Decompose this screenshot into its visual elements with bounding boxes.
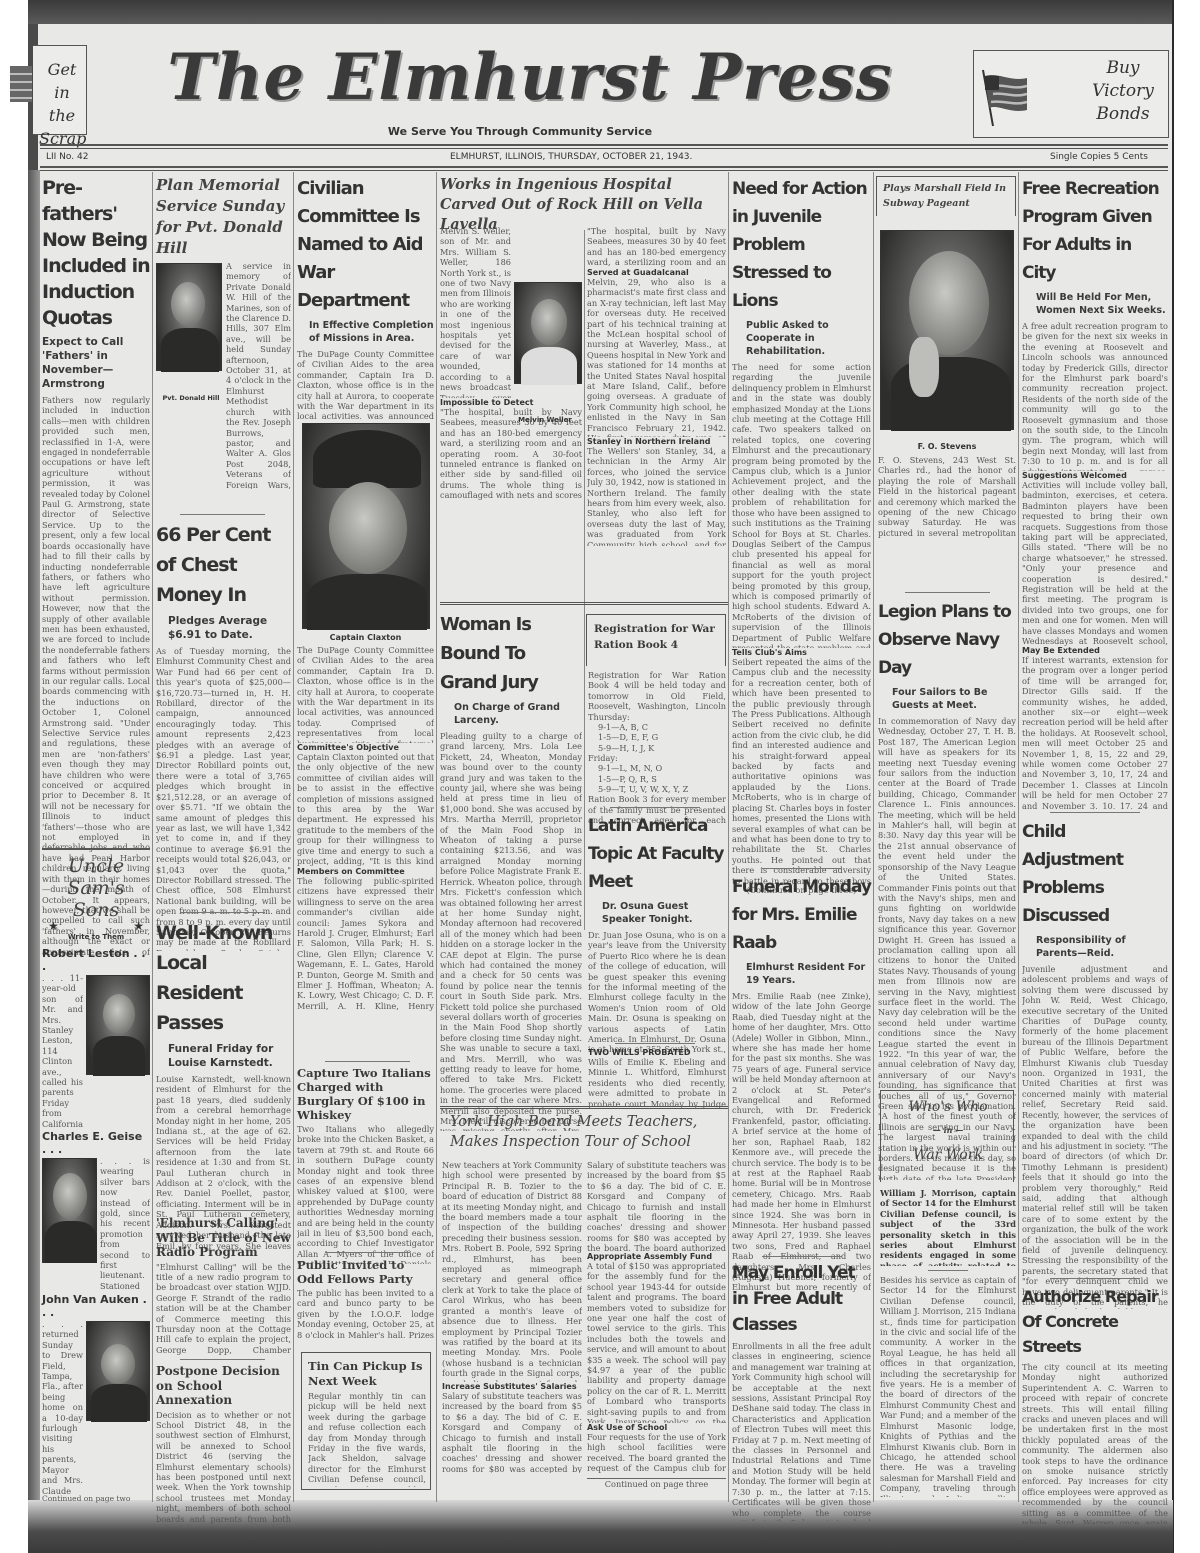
article-body: Regular monthly tin can pickup will be h… xyxy=(308,1391,426,1487)
photo-caption: Captain Claxton xyxy=(297,633,434,642)
headline: Pre-fathers' Now Being Included in Induc… xyxy=(42,175,150,331)
article-juvenile-problem: Need for Action in Juvenile Problem Stre… xyxy=(732,175,871,895)
article-italians-burglary: Capture Two Italians Charged with Burgla… xyxy=(297,1066,434,1264)
subhead: Served at Guadalcanal xyxy=(587,268,726,277)
headline: Latin America Topic At Faculty Meet xyxy=(588,812,726,896)
entry-body: . . . is wearing silver bars now instead… xyxy=(100,1156,150,1291)
entry-name: John Van Auken . . . xyxy=(42,1293,150,1319)
section-rule xyxy=(180,514,265,515)
headline: Uncle Sam's Sons xyxy=(42,855,150,921)
column-rule xyxy=(293,172,294,1502)
article-body: The city council at its meeting Monday n… xyxy=(1022,1362,1168,1524)
article-body: Pleading guilty to a charge of grand lar… xyxy=(440,731,582,1131)
photo-melvin-weller xyxy=(514,282,582,384)
article-body: "Elmhurst Calling" will be the title of … xyxy=(156,1262,291,1356)
article-civilian-committee: Civilian Committee Is Named to Aid War D… xyxy=(297,175,434,1011)
continued-note: Continued on page two xyxy=(42,1494,150,1504)
article-body: The DuPage County Committee of Civilian … xyxy=(297,349,434,419)
masthead-rule xyxy=(40,144,1168,146)
star-icon: ★ xyxy=(133,919,144,933)
subhead: May Be Extended xyxy=(1022,646,1168,655)
article-body-3: A total of $150 was appropriated for the… xyxy=(587,1261,726,1423)
headline: Tin Can Pickup Is Next Week xyxy=(308,1359,430,1389)
headline: Legion Plans to Observe Navy Day xyxy=(878,598,1016,682)
column-rule xyxy=(584,230,585,930)
section-rule xyxy=(440,602,728,605)
article-body: Dr. Juan Jose Osuna, who is on a year's … xyxy=(588,930,726,1055)
article-body: A free adult recreation program to be gi… xyxy=(1022,321,1168,471)
article-body: Juvenile adjustment and adolescent probl… xyxy=(1022,964,1168,1309)
section-rule xyxy=(325,1252,410,1253)
star-row: ★★ xyxy=(42,919,150,933)
headline: Public Invited to Odd Fellows Party xyxy=(297,1258,434,1286)
article-woman-grand-jury: Woman Is Bound To Grand Jury On Charge o… xyxy=(440,610,582,1131)
section-rule xyxy=(325,1061,410,1062)
column-rule xyxy=(1018,172,1019,1502)
masthead-rule xyxy=(40,166,1168,168)
masthead-rule xyxy=(40,170,1168,171)
column-rule xyxy=(152,172,153,1502)
section-rule xyxy=(928,1270,968,1271)
section-rule xyxy=(1050,1278,1140,1279)
schedule-slot: 9-1—L, M, N, O xyxy=(588,763,726,773)
headline: Funeral Monday for Mrs. Emilie Raab xyxy=(732,873,871,957)
section-rule xyxy=(42,848,150,850)
photo-charles-geise xyxy=(42,1158,97,1263)
section-rule xyxy=(1050,812,1140,813)
article-whos-who-morrison: William J. Morrison, captain of Sector 1… xyxy=(880,1188,1016,1497)
photo-caption: F. O. Stevens xyxy=(878,442,1016,451)
subline: Write to Them xyxy=(42,933,150,941)
headline: Postpone Decision on School Annexation xyxy=(156,1364,291,1408)
article-free-recreation: Free Recreation Program Given For Adults… xyxy=(1022,175,1168,809)
article-fathers-induction: Pre-fathers' Now Being Included in Induc… xyxy=(42,175,150,955)
ration-intro: Registration for War Ration Book 4 will … xyxy=(588,670,726,712)
schedule-day: Thursday: xyxy=(588,712,726,722)
deck: Funeral Friday for Louise Karnstedt. xyxy=(168,1042,291,1070)
article-body: The need for some action regarding the j… xyxy=(732,362,871,648)
section-rule xyxy=(762,868,842,869)
article-body-continued: The DuPage County Committee of Civilian … xyxy=(297,645,434,743)
article-body: A service in memory of Private Donald W.… xyxy=(226,261,291,489)
section-rule xyxy=(440,1106,728,1109)
stevens-headline-box: Plays Marshall Field In Subway Pageant xyxy=(876,176,1016,216)
article-body-2-continued: Salary of substitute teachers was increa… xyxy=(587,1160,726,1252)
column-rule xyxy=(873,172,874,1502)
section-rule xyxy=(762,1256,842,1257)
subhead: Committee's Objective xyxy=(297,743,434,752)
article-body-3: If interest warrants, extension for the … xyxy=(1022,655,1168,809)
article-intro: William J. Morrison, captain of Sector 1… xyxy=(880,1188,1016,1266)
deck: Public Asked to Cooperate in Rehabilitat… xyxy=(746,319,871,358)
volume-number: LII No. 42 xyxy=(46,152,88,162)
subhead: Tells Club's Aims xyxy=(732,648,871,657)
photo-caption: Melvin Weller xyxy=(510,416,580,424)
headline: Civilian Committee Is Named to Aid War D… xyxy=(297,175,434,315)
subhead: Stanley in Northern Ireland xyxy=(587,437,726,446)
subhead: Members on Committee xyxy=(297,867,434,876)
article-body-2: Captain Claxton pointed out that the onl… xyxy=(297,752,434,867)
article-body: Mrs. Emilie Raab (nee Zinke), widow of t… xyxy=(732,991,871,1294)
headline: Authorize Repair Of Concrete Streets xyxy=(1022,1284,1168,1359)
whos-who-box: Who's Who — in — War Work xyxy=(880,1090,1014,1182)
column-rule xyxy=(728,172,729,1502)
right-ear-text: Buy Victory Bonds xyxy=(1082,57,1164,126)
article-body-4: Four requests for the use of York high s… xyxy=(587,1432,726,1474)
article-odd-fellows: Public Invited to Odd Fellows Party The … xyxy=(297,1258,434,1340)
left-ear-text: Get in the Scrap xyxy=(39,58,85,150)
entry-name: Robert Leston . . . xyxy=(42,947,150,973)
entry-body: . . . returned Sunday to Drew Field, Tam… xyxy=(42,1319,83,1494)
section-rule xyxy=(180,1210,265,1211)
deck: Pledges Average $6.91 to Date. xyxy=(168,614,291,642)
deck: On Charge of Grand Larceny. xyxy=(454,701,582,727)
ration-box-header: Registration for War Ration Book 4 xyxy=(586,614,726,666)
article-body-3: Melvin, 29, who also is a pharmacist's m… xyxy=(587,277,726,437)
article-emilie-raab-funeral: Funeral Monday for Mrs. Emilie Raab Elmh… xyxy=(732,873,871,1294)
headline: TWO WILLS PROBATED xyxy=(588,1048,726,1057)
headline: Need for Action in Juvenile Problem Stre… xyxy=(732,175,871,315)
article-body: As of Tuesday morning, the Elmhurst Comm… xyxy=(156,646,291,951)
deck: Will Be Held For Men, Women Next Six Wee… xyxy=(1036,291,1168,317)
deck: Elmhurst Resident For 19 Years. xyxy=(746,961,871,987)
article-latin-america: Latin America Topic At Faculty Meet Dr. … xyxy=(588,812,726,1055)
star-icon: ★ xyxy=(48,919,59,933)
article-body: The public has been invited to a card an… xyxy=(297,1288,434,1340)
column-rule xyxy=(436,172,437,1502)
article-body: Wills of Emilie K. Ebeling and Minnie L.… xyxy=(588,1057,726,1109)
uncle-sams-sons-column: Uncle Sam's Sons ★★ Write to Them Robert… xyxy=(42,855,150,1504)
deck: Responsibility of Parents—Reid. xyxy=(1036,934,1168,960)
article-body-4: The Wellers' son Stanley, 34, a technici… xyxy=(587,446,726,546)
american-flag-icon xyxy=(10,60,32,120)
headline-top: Who's Who xyxy=(881,1099,1015,1115)
article-body-2: Seibert repeated the aims of the Campus … xyxy=(732,657,871,885)
headline: Plan Memorial Service Sunday for Pvt. Do… xyxy=(156,175,291,259)
article-body-2: Activities will include volley ball, bad… xyxy=(1022,480,1168,646)
article-york-high-board: York High Board Meets Teachers, Makes In… xyxy=(450,1112,726,1152)
headline: Well-Known Local Resident Passes xyxy=(156,918,291,1038)
schedule-day: Friday: xyxy=(588,753,726,763)
article-body: Enrollments in all the free adult classe… xyxy=(732,1341,871,1521)
headline: Registration for War Ration Book 4 xyxy=(594,621,722,653)
section-rule xyxy=(615,1043,695,1044)
subhead: Impossible to Detect xyxy=(440,398,582,407)
article-body-2-continued: "The hospital, built by Navy Seabees, me… xyxy=(587,226,726,268)
article-chest-money: 66 Per Cent of Chest Money In Pledges Av… xyxy=(156,520,291,951)
article-adult-classes: May Enroll Yet in Free Adult Classes Enr… xyxy=(732,1260,871,1521)
photo-fo-stevens xyxy=(880,230,1014,430)
hospital-column-2: "The hospital, built by Navy Seabees, me… xyxy=(587,226,726,546)
article-school-annexation: Postpone Decision on School Annexation D… xyxy=(156,1364,291,1526)
headline: May Enroll Yet in Free Adult Classes xyxy=(732,1260,871,1338)
american-flag-icon xyxy=(979,68,1031,128)
article-well-known-resident: Well-Known Local Resident Passes Funeral… xyxy=(156,918,291,1250)
headline: 66 Per Cent of Chest Money In xyxy=(156,520,291,610)
article-memorial-service: Plan Memorial Service Sunday for Pvt. Do… xyxy=(156,175,291,489)
entry-name: Charles E. Geise . . . xyxy=(42,1130,150,1156)
schedule-slot: 1-5—D, E, F, G xyxy=(588,732,726,742)
article-body: Melvin S. Weller, son of Mr. and Mrs. Wi… xyxy=(440,226,511,398)
photo-caption: Pvt. Donald Hill xyxy=(158,394,224,402)
headline: Child Adjustment Problems Discussed xyxy=(1022,818,1168,930)
deck: Expect to Call 'Fathers' in November—Arm… xyxy=(42,335,150,391)
headline-mid: — in — xyxy=(881,1125,1015,1135)
headline: Free Recreation Program Given For Adults… xyxy=(1022,175,1168,287)
schedule-slot: 5-9—H, I, J, K xyxy=(588,743,726,753)
scan-edge-top xyxy=(28,0,1173,24)
dateline: ELMHURST, ILLINOIS, THURSDAY, OCTOBER 21… xyxy=(450,152,692,162)
section-rule xyxy=(905,592,990,593)
article-concrete-streets: Authorize Repair Of Concrete Streets The… xyxy=(1022,1284,1168,1524)
price: Single Copies 5 Cents xyxy=(1050,152,1148,162)
subhead: Increase Substitutes' Salaries xyxy=(442,1382,582,1391)
photo-john-van-auken xyxy=(86,1321,150,1421)
article-body: Decision as to whether or not School Dis… xyxy=(156,1410,291,1526)
york-column-1: New teachers at York Community high scho… xyxy=(442,1160,582,1473)
continued-note: Continued on page three xyxy=(587,1478,726,1489)
article-ration-registration: Registration for War Ration Book 4 will … xyxy=(588,670,726,826)
headline: Plays Marshall Field In Subway Pageant xyxy=(883,181,1015,211)
subhead: Suggestions Welcomed xyxy=(1022,471,1168,480)
article-wills-probated: TWO WILLS PROBATED Wills of Emilie K. Eb… xyxy=(588,1048,726,1109)
article-body: Besides his service as captain of Sector… xyxy=(880,1275,1016,1497)
schedule-slot: 5-9—T, U, V, W, X, Y, Z xyxy=(588,784,726,794)
headline: Woman Is Bound To Grand Jury xyxy=(440,610,582,697)
schedule-slot: 1-5—P, Q, R, S xyxy=(588,774,726,784)
photo-donald-hill xyxy=(156,263,222,371)
headline: York High Board Meets Teachers, Makes In… xyxy=(450,1112,726,1152)
article-stevens-pageant: F. O. Stevens F. O. Stevens, 243 West St… xyxy=(878,436,1016,539)
headline: Capture Two Italians Charged with Burgla… xyxy=(297,1066,434,1122)
article-body: Two Italians who allegedly broke into th… xyxy=(297,1124,434,1264)
deck: Dr. Osuna Guest Speaker Tonight. xyxy=(602,900,726,926)
photo-robert-leston xyxy=(86,975,150,1075)
scan-margin-right xyxy=(1172,0,1200,1553)
article-body-3: The following public-spirited citizens h… xyxy=(297,876,434,1011)
masthead-rule xyxy=(40,148,1168,149)
subhead: Appropriate Assembly Fund xyxy=(587,1252,726,1261)
subhead: Ask Use of School xyxy=(587,1423,726,1432)
entry-body: . . . 11-year-old son of Mr. and Mrs. St… xyxy=(42,973,83,1128)
deck: In Effective Completion of Missions in A… xyxy=(309,319,434,345)
schedule-slot: 9-1—A, B, C xyxy=(588,722,726,732)
hospital-column-1: Melvin S. Weller, son of Mr. and Mrs. Wi… xyxy=(440,226,582,500)
tin-can-box: Tin Can Pickup Is Next Week Regular mont… xyxy=(301,1352,431,1490)
section-rule xyxy=(180,912,265,913)
headline-bottom: War Work xyxy=(881,1147,1015,1163)
article-body-2: Salary of substitute teachers was increa… xyxy=(442,1391,582,1473)
article-child-adjustment: Child Adjustment Problems Discussed Resp… xyxy=(1022,818,1168,1309)
article-body: F. O. Stevens, 243 West St. Charles rd.,… xyxy=(878,455,1016,539)
section-rule xyxy=(180,1359,265,1360)
section-rule xyxy=(610,807,700,808)
motto: We Serve You Through Community Service xyxy=(160,125,880,138)
york-column-2: Salary of substitute teachers was increa… xyxy=(587,1160,726,1489)
photo-captain-claxton xyxy=(302,423,430,629)
left-ear-box: Get in the Scrap xyxy=(33,45,87,135)
nameplate-title: The Elmhurst Press xyxy=(100,40,960,115)
page-binding-shadow xyxy=(28,170,40,1510)
article-elmhurst-calling: 'Elmhurst Calling' Will Be Title of New … xyxy=(156,1216,291,1356)
deck: Four Sailors to Be Guests at Meet. xyxy=(892,686,1016,712)
article-body: New teachers at York Community high scho… xyxy=(442,1160,582,1382)
headline: 'Elmhurst Calling' Will Be Title of New … xyxy=(156,1216,291,1260)
